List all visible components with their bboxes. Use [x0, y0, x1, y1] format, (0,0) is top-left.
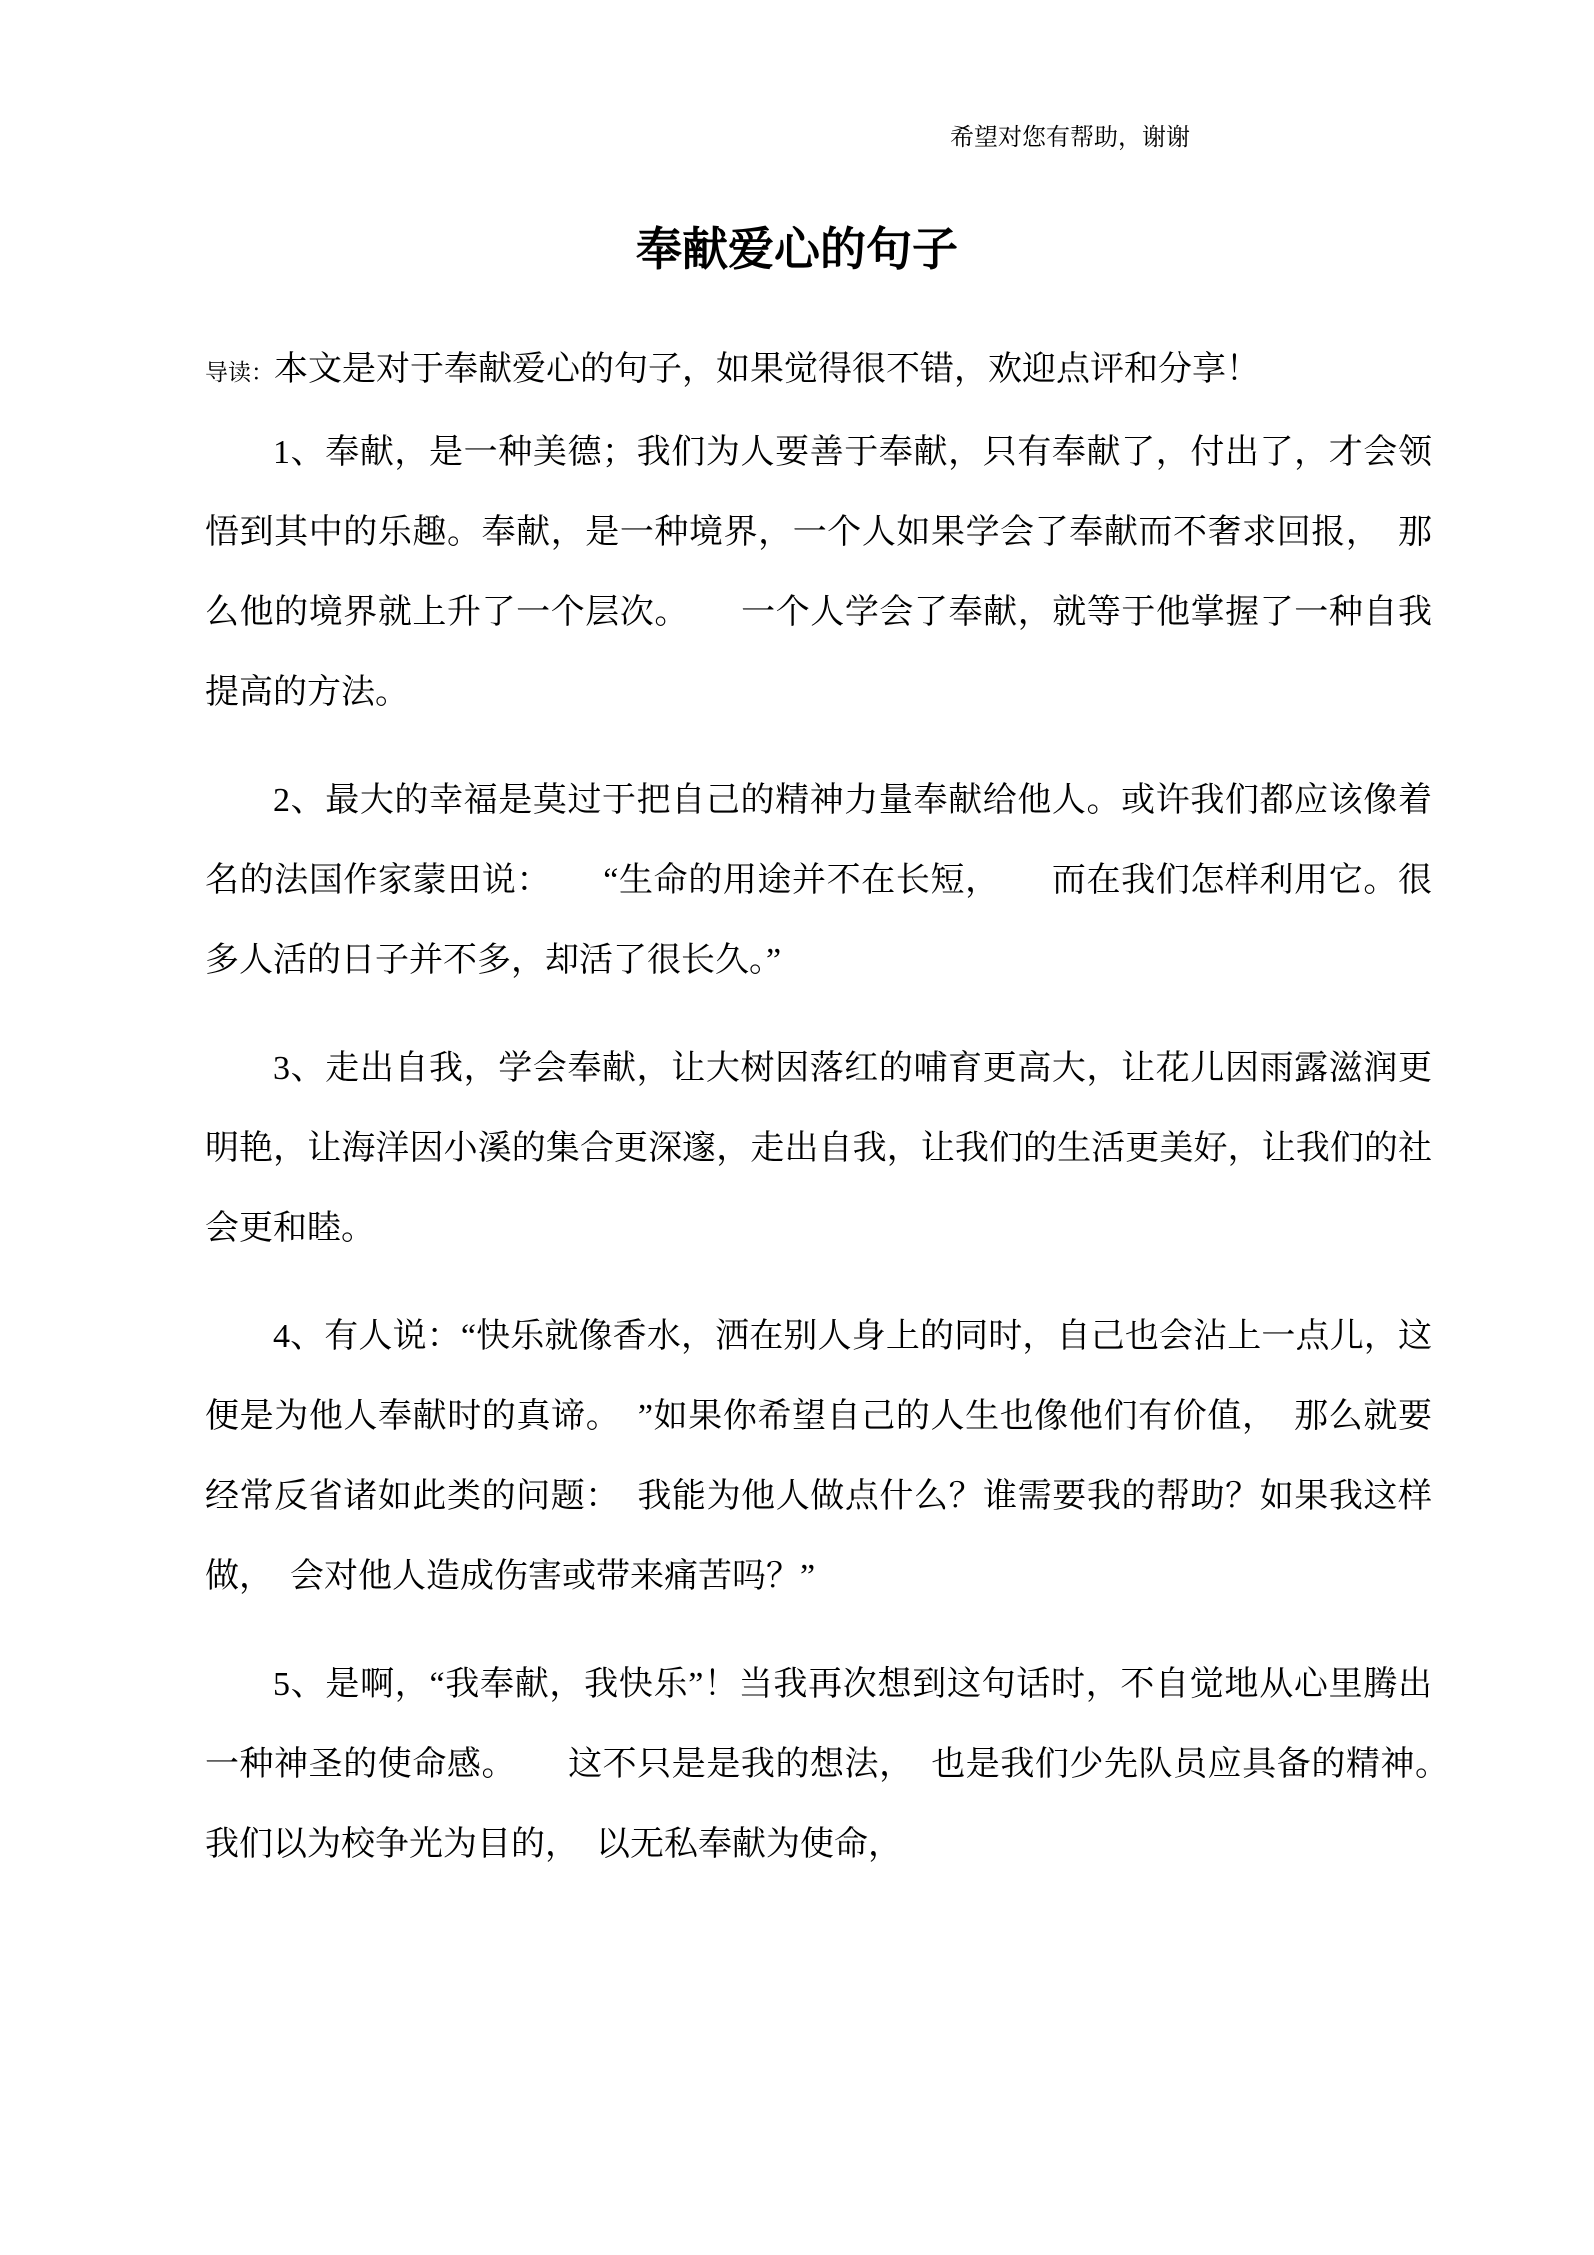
document-title: 奉献爱心的句子	[0, 222, 1594, 278]
intro-paragraph: 导读：本文是对于奉献爱心的句子，如果觉得很不错，欢迎点评和分享！	[205, 330, 1432, 413]
body-paragraph-1: 1、奉献，是一种美德；我们为人要善于奉献，只有奉献了，付出了，才会领悟到其中的乐…	[205, 413, 1432, 733]
intro-text: 本文是对于奉献爱心的句子，如果觉得很不错，欢迎点评和分享！	[274, 351, 1260, 388]
body-paragraph-4: 4、有人说：“快乐就像香水，洒在别人身上的同时，自己也会沾上一点儿，这便是为他人…	[205, 1297, 1432, 1617]
body-paragraph-2: 2、最大的幸福是莫过于把自己的精神力量奉献给他人。或许我们都应该像着名的法国作家…	[205, 761, 1432, 1001]
body-paragraph-5: 5、是啊，“我奉献，我快乐”！当我再次想到这句话时，不自觉地从心里腾出一种神圣的…	[205, 1645, 1432, 1885]
body-paragraph-3: 3、走出自我，学会奉献，让大树因落红的哺育更高大，让花儿因雨露滋润更明艳，让海洋…	[205, 1029, 1432, 1269]
document-body: 导读：本文是对于奉献爱心的句子，如果觉得很不错，欢迎点评和分享！ 1、奉献，是一…	[0, 330, 1594, 1885]
intro-label: 导读：	[205, 360, 274, 385]
page-header-note: 希望对您有帮助，谢谢	[0, 0, 1594, 154]
document-page: 希望对您有帮助，谢谢 奉献爱心的句子 导读：本文是对于奉献爱心的句子，如果觉得很…	[0, 0, 1594, 2255]
